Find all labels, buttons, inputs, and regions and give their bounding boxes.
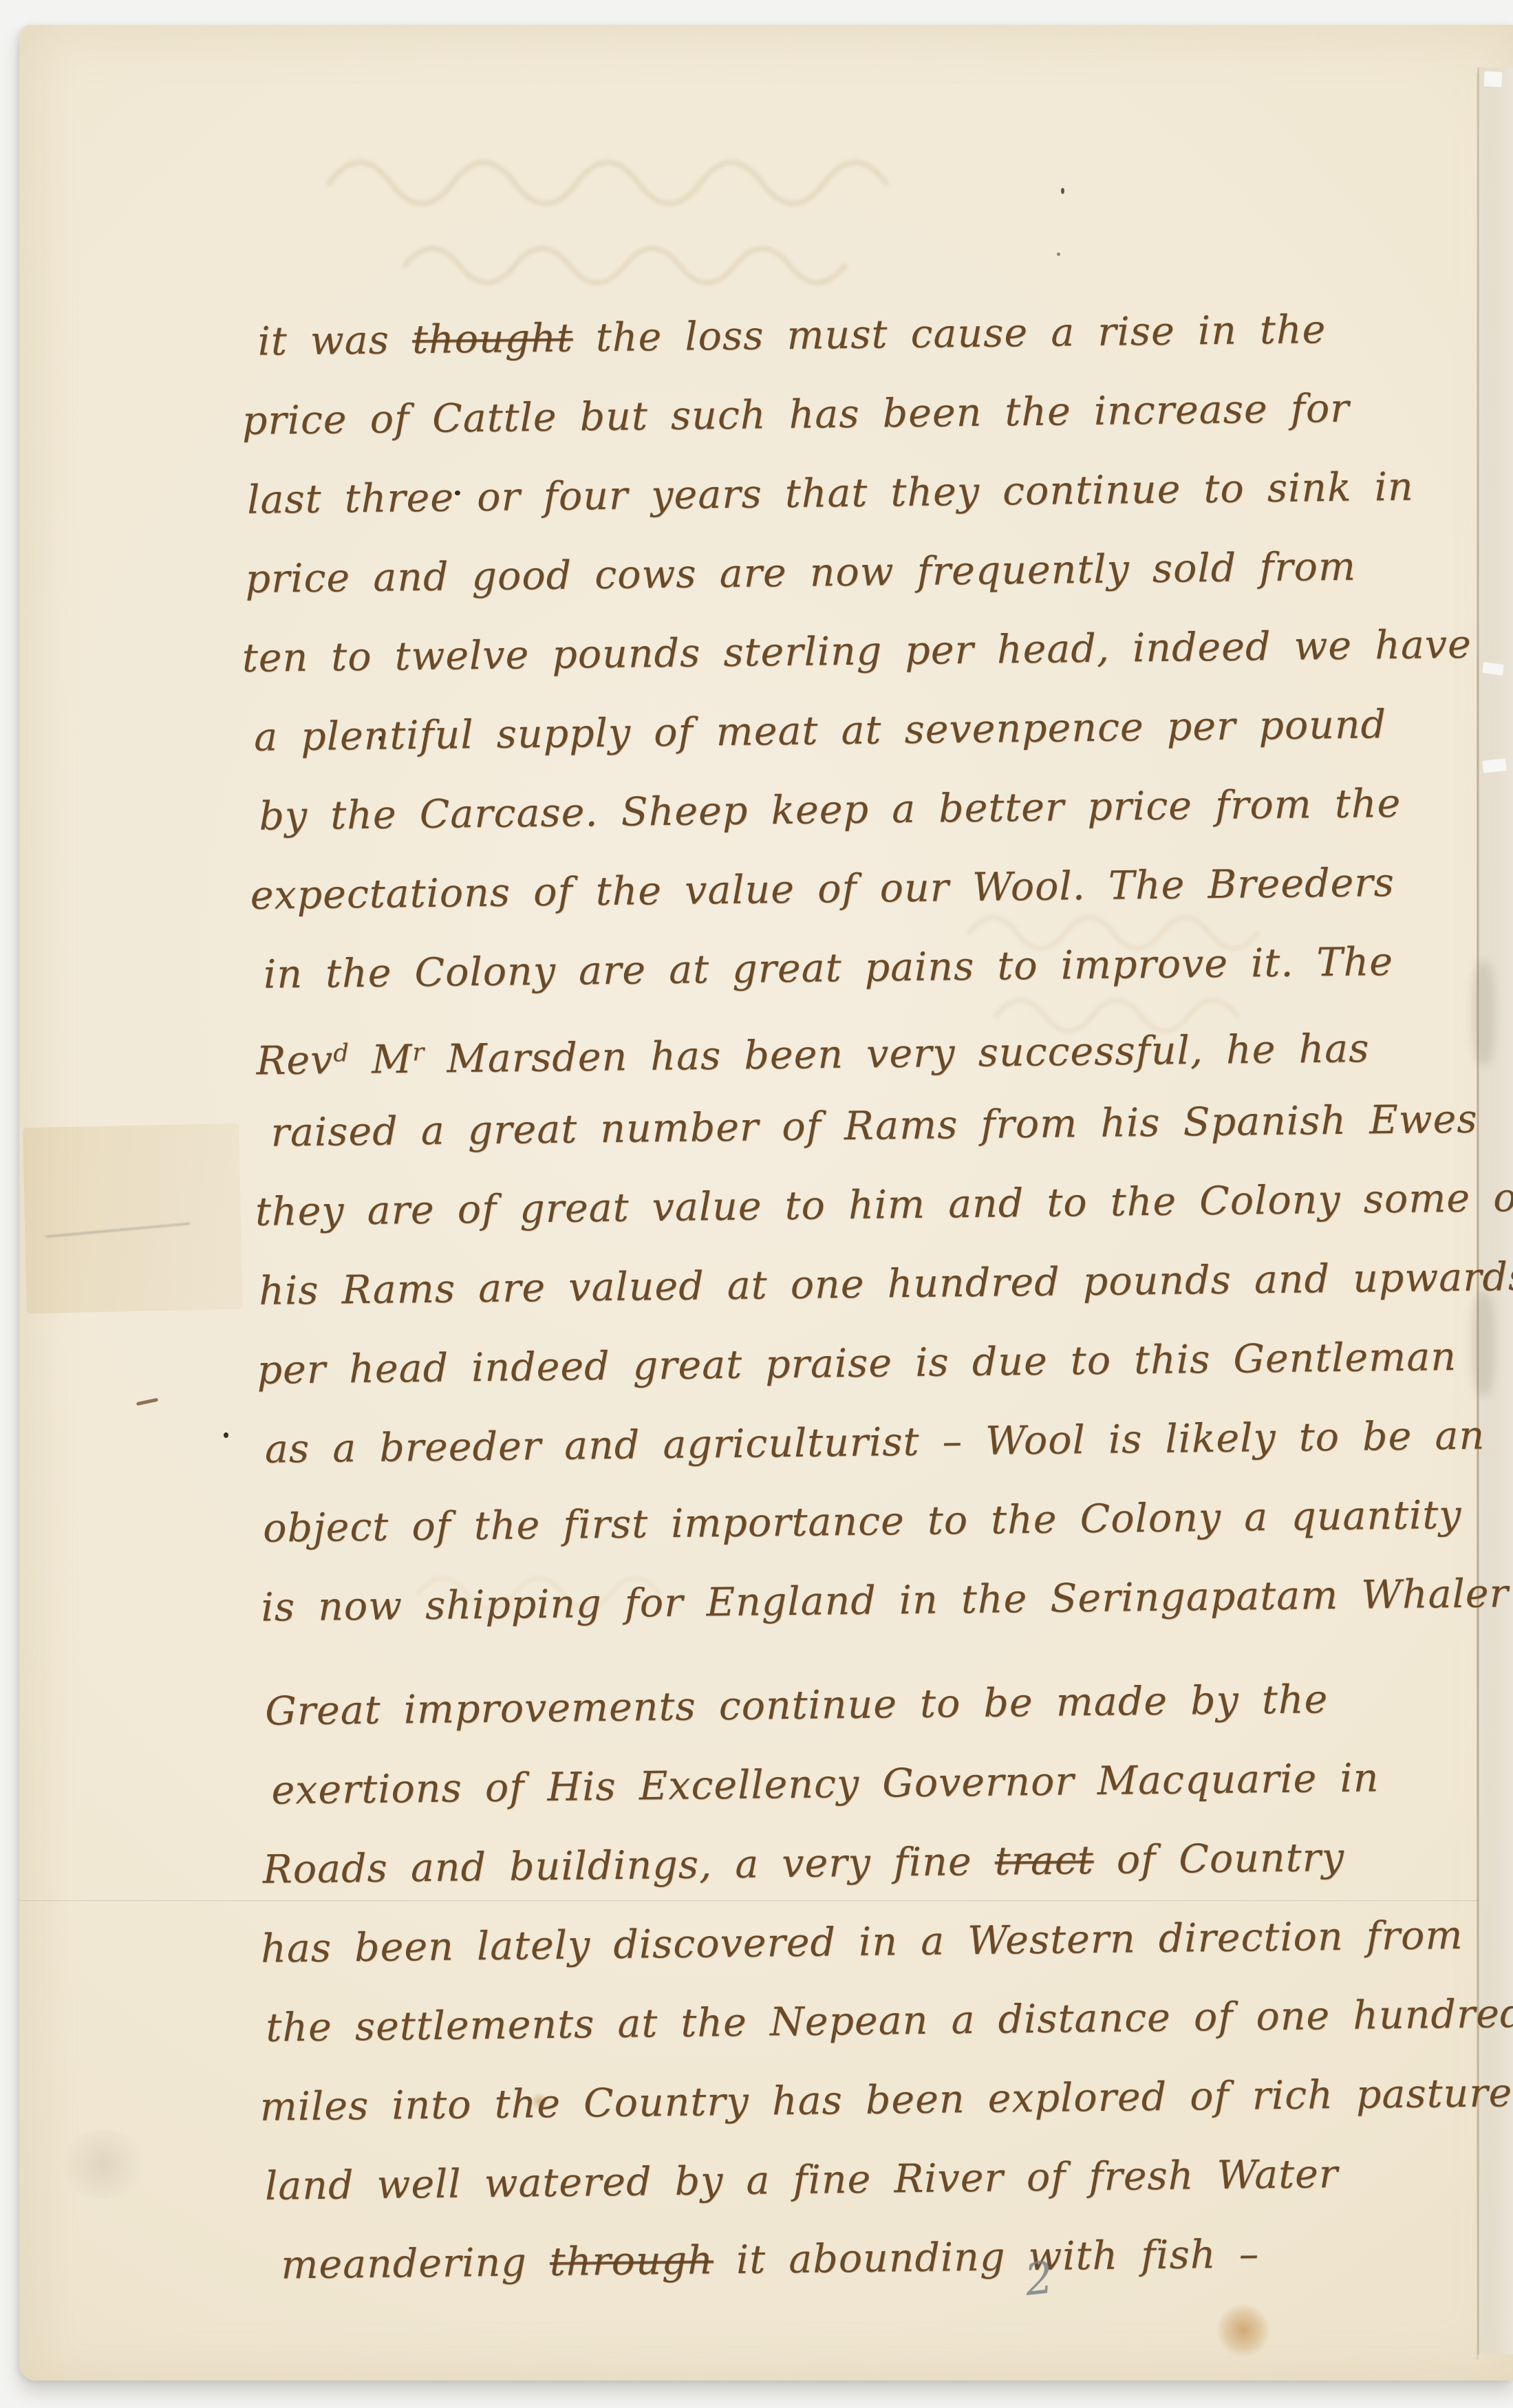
letter-line: raised a great number of Rams from his S…	[270, 1079, 1500, 1172]
letter-text: land well watered by a fine River of fre…	[265, 2151, 1339, 2209]
margin-dash-mark	[136, 1398, 158, 1406]
letter-line: Great improvements continue to be made b…	[265, 1658, 1507, 1751]
letter-text: they are of great value to him and to th…	[255, 1175, 1513, 1235]
letter-line: is now shipping for England in the Serin…	[261, 1554, 1505, 1648]
letter-line: as a breeder and agriculturist – Wool is…	[264, 1396, 1503, 1489]
letter-text: as a breeder and agriculturist – Wool is…	[265, 1413, 1485, 1472]
letter-line: the settlements at the Nepean a distance…	[266, 1975, 1510, 2068]
letter-line: price and good cows are now frequently s…	[245, 526, 1494, 619]
letter-line: miles into the Country has been explored…	[259, 2054, 1511, 2147]
pencil-page-number: 2	[1022, 2253, 1055, 2306]
letter-text: the settlements at the Nepean a distance…	[266, 1991, 1513, 2051]
letter-line: has been lately discovered in a Western …	[261, 1895, 1510, 1989]
letter-line: by the Carcase. Sheep keep a better pric…	[259, 763, 1496, 856]
letter-text: his Rams are valued at one hundred pound…	[259, 1254, 1513, 1314]
letter-text: Marsden has been very successful, he has	[424, 1026, 1370, 1082]
ink-speck	[224, 1432, 228, 1438]
letter-text: Great improvements continue to be made b…	[265, 1677, 1329, 1734]
letter-text: has been lately discovered in a Western …	[261, 1913, 1463, 1972]
foxing-stain	[1216, 2303, 1270, 2357]
letter-text: miles into the Country has been explored…	[259, 2070, 1512, 2130]
letter-text: exertions of His Excellency Governor Mac…	[271, 1755, 1380, 1813]
letter-line: in the Colony are at great pains to impr…	[263, 921, 1498, 1014]
manuscript-page: it was thought the loss must cause a ris…	[19, 25, 1513, 2380]
letter-line: it was thought the loss must cause a ris…	[257, 288, 1491, 381]
letter-text: price of Cattle but such has been the in…	[242, 386, 1350, 444]
letter-line: object of the first importance to the Co…	[263, 1475, 1505, 1568]
letter-line: his Rams are valued at one hundred pound…	[259, 1238, 1502, 1331]
letter-text: it abounding with fish –	[713, 2231, 1260, 2283]
struck-word: tract	[994, 1838, 1094, 1884]
letter-text: price and good cows are now frequently s…	[245, 544, 1356, 602]
letter-line: per head indeed great praise is due to t…	[257, 1317, 1503, 1410]
letter-text: by the Carcase. Sheep keep a better pric…	[259, 781, 1401, 839]
letter-text: raised a great number of Rams from his S…	[270, 1097, 1478, 1156]
letter-text: per head indeed great praise is due to t…	[257, 1334, 1457, 1393]
letter-text: ten to twelve pounds sterling per head, …	[242, 622, 1472, 681]
ink-speck	[1057, 252, 1060, 256]
letter-line: they are of great value to him and to th…	[255, 1159, 1501, 1252]
letter-line: last three or four years that they conti…	[247, 447, 1493, 540]
scan-backdrop: it was thought the loss must cause a ris…	[0, 0, 1513, 2408]
letter-line: Roads and buildings, a very fine tract o…	[262, 1816, 1508, 1910]
letter-text: object of the first importance to the Co…	[263, 1492, 1462, 1551]
letter-text: the loss must cause a rise in the	[572, 307, 1326, 361]
struck-word: thought	[412, 315, 573, 363]
letter-line: exertions of His Excellency Governor Mac…	[271, 1737, 1507, 1830]
letter-text: M	[349, 1037, 413, 1083]
letter-text: meandering	[281, 2239, 550, 2288]
letter-text: of Country	[1093, 1835, 1344, 1883]
letter-text: is now shipping for England in the Serin…	[261, 1571, 1509, 1631]
pencil-smudge	[46, 1223, 190, 1238]
superscript-text: r	[412, 1038, 424, 1066]
smudge-stain	[55, 2130, 151, 2199]
letter-text: a plentiful supply of meat at sevenpence…	[254, 702, 1387, 760]
letter-line: Revd Mr Marsden has been very successful…	[256, 1000, 1499, 1093]
letter-line: expectations of the value of our Wool. T…	[250, 842, 1497, 936]
letter-text: Rev	[256, 1038, 334, 1084]
letter-line: a plentiful supply of meat at sevenpence…	[254, 684, 1496, 777]
letter-line: land well watered by a fine River of fre…	[264, 2133, 1512, 2226]
letter-line: ten to twelve pounds sterling per head, …	[242, 605, 1494, 698]
letter-text: expectations of the value of our Wool. T…	[250, 860, 1395, 918]
superscript-text: d	[333, 1039, 349, 1067]
ink-speck	[1061, 188, 1064, 194]
letter-body: it was thought the loss must cause a ris…	[238, 288, 1513, 2305]
letter-text: last three or four years that they conti…	[247, 464, 1414, 523]
letter-text: in the Colony are at great pains to impr…	[264, 939, 1394, 998]
tape-repair-patch	[23, 1124, 243, 1314]
struck-word: through	[549, 2237, 713, 2285]
letter-line: price of Cattle but such has been the in…	[242, 367, 1492, 461]
letter-text: Roads and buildings, a very fine	[262, 1839, 995, 1893]
letter-line: meandering through it abounding with fis…	[281, 2212, 1513, 2305]
letter-text: it was	[257, 317, 412, 365]
edge-tear-notch	[1483, 71, 1502, 87]
